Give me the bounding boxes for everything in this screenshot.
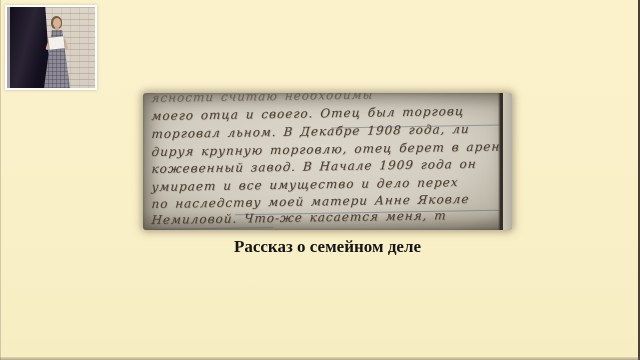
frame-left-edge xyxy=(0,0,1,360)
document-scan: ясности считаю необходимы моего отца и с… xyxy=(143,93,512,230)
video-frame: ясности считаю необходимы моего отца и с… xyxy=(0,0,640,360)
handwritten-line-1: ясности считаю необходимы xyxy=(151,93,374,105)
handwritten-line-2: моего отца и своего. Отец был торговц xyxy=(151,104,465,123)
page-edge-sliver xyxy=(503,93,512,230)
page-fold-line xyxy=(498,93,503,230)
handwritten-line-6: умирает и все имущество и дело перех xyxy=(151,175,459,194)
handwritten-line-5: кожевенный завод. В Начале 1909 года он xyxy=(151,157,477,176)
presenter-webcam xyxy=(5,5,97,90)
handwritten-line-4: дируя крупную торговлю, отец берет в аре… xyxy=(151,139,509,159)
ink-underline xyxy=(153,227,273,230)
handwritten-line-3: торговал льном. В Декабре 1908 года, ли xyxy=(151,122,470,141)
caption: Рассказ о семейном деле xyxy=(143,236,512,258)
webcam-video xyxy=(7,7,95,88)
presenter-paper xyxy=(48,36,64,50)
